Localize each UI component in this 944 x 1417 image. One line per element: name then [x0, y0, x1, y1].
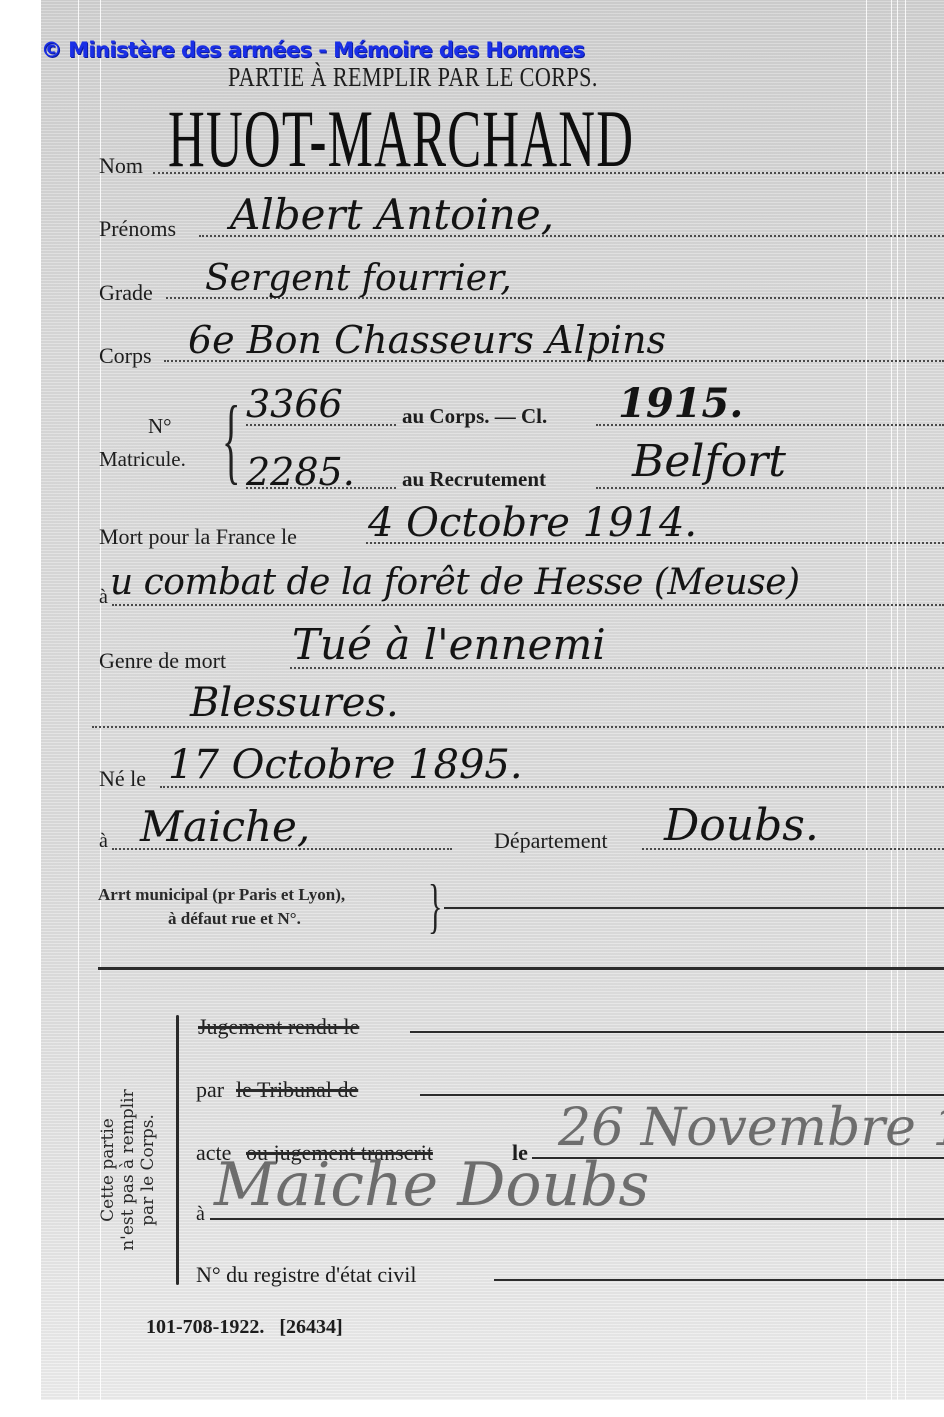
matricule-label: Matricule. [99, 447, 186, 472]
lieu-mort-label: à [99, 586, 108, 609]
arrondissement-label-2: à défaut rue et N°. [168, 909, 301, 929]
ne-le-label: Né le [99, 766, 146, 792]
nom-value: HUOT-MARCHAND [168, 92, 634, 186]
genre-mort-value: Tué à l'ennemi [292, 620, 606, 669]
genre-mort-label: Genre de mort [99, 648, 226, 674]
sidebar-note-line-3: par le Corps. [138, 1060, 158, 1280]
transcrit-value: 26 Novembre 1914 [558, 1098, 944, 1158]
lieu-mort-value: u combat de la forêt de Hesse (Meuse) [110, 562, 800, 603]
departement-label: Département [494, 828, 608, 854]
genre-mort-value-2: Blessures. [190, 680, 399, 726]
sidebar-note: Cette partie n'est pas à remplir par le … [98, 1060, 198, 1280]
registre-label: N° du registre d'état civil [196, 1262, 416, 1288]
lieu-mort-line [112, 604, 944, 606]
brace-icon: } [428, 876, 442, 936]
scan-line [891, 0, 892, 1400]
lieu-transcription-value: Maiche Doubs [214, 1150, 649, 1220]
prenoms-value: Albert Antoine, [230, 190, 554, 239]
ne-le-value: 17 Octobre 1895. [168, 742, 523, 788]
matricule-recrutement-line [246, 487, 396, 489]
lieu-naissance-value: Maiche, [140, 802, 310, 851]
au-recrutement-label: au Recrutement [402, 467, 546, 492]
section-divider [98, 967, 944, 970]
scan-line [866, 0, 867, 1400]
jugement-rendu-line [410, 1031, 944, 1033]
scan-line [897, 0, 898, 1400]
copyright-watermark: © Ministère des armées - Mémoire des Hom… [41, 38, 584, 62]
sidebar-note-line-2: n'est pas à remplir [118, 1060, 138, 1280]
jugement-rendu-label: Jugement rendu le [198, 1014, 359, 1040]
lieu-naissance-label: à [99, 830, 108, 853]
form-reference: 101-708-1922. [26434] [146, 1316, 343, 1339]
recrutement-place-value: Belfort [632, 436, 786, 487]
mort-label: Mort pour la France le [99, 524, 297, 550]
au-corps-label: au Corps. — Cl. [402, 404, 547, 429]
matricule-corps-value: 3366 [246, 382, 343, 426]
no-label: N° [148, 414, 172, 439]
lieu-transcription-label: à [196, 1203, 205, 1226]
brace-icon: { [222, 392, 240, 488]
tribunal-line [420, 1094, 944, 1096]
mort-value: 4 Octobre 1914. [368, 500, 697, 546]
classe-value: 1915. [618, 380, 743, 427]
corps-label: Corps [99, 343, 152, 369]
departement-value: Doubs. [664, 800, 819, 851]
genre-mort-line-2 [92, 726, 944, 728]
registre-line [494, 1279, 944, 1281]
arrondissement-line [444, 907, 944, 909]
tribunal-label-plain: par [196, 1077, 224, 1103]
form-header: PARTIE À REMPLIR PAR LE CORPS. [228, 62, 598, 93]
scan-line [905, 0, 906, 1400]
recrutement-line [596, 487, 944, 489]
arrondissement-label-1: Arrt municipal (pr Paris et Lyon), [98, 885, 345, 905]
grade-label: Grade [99, 280, 153, 306]
corps-value: 6e Bon Chasseurs Alpins [188, 318, 666, 362]
grade-value: Sergent fourrier, [205, 258, 512, 299]
matricule-corps-line [246, 424, 396, 426]
tribunal-label-struck: le Tribunal de [236, 1077, 358, 1103]
prenoms-label: Prénoms [99, 216, 176, 242]
sidebar-note-line-1: Cette partie [98, 1060, 118, 1280]
scan-line [78, 0, 79, 1400]
nom-label: Nom [99, 153, 143, 179]
